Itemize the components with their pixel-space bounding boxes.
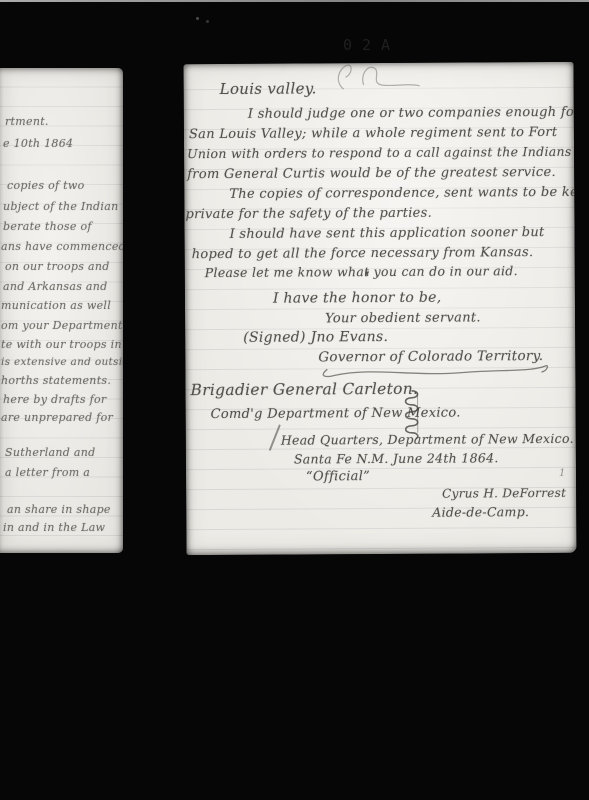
handwriting-line: Santa Fe N.M. June 24th 1864.	[294, 452, 499, 466]
signature-flourish	[313, 362, 553, 379]
handwriting-line: Your obedient servant.	[325, 311, 481, 325]
handwriting-line: Sutherland and	[5, 447, 95, 458]
handwriting-line: om your Department	[1, 320, 123, 331]
handwriting-line: Head Quarters, Department of New Mexico.	[281, 433, 574, 447]
handwriting-line: The copies of correspondence, sent wants…	[229, 186, 576, 201]
handwriting-line: private for the safety of the parties.	[185, 207, 432, 222]
handwriting-line: is extensive and outside	[1, 357, 123, 368]
handwriting-line: (Signed) Jno Evans.	[243, 330, 388, 345]
handwriting-line: te with our troops in	[1, 339, 122, 350]
handwriting-line: here by drafts for	[3, 394, 106, 405]
handwriting-line: copies of two	[7, 180, 85, 191]
pencil-squiggle-mark	[323, 62, 433, 96]
faint-page-number: 02A	[343, 36, 400, 54]
handwriting-line: Louis valley.	[220, 81, 317, 97]
handwriting-line: hoped to get all the force necessary fro…	[192, 246, 534, 261]
handwriting-line: in and in the Law	[3, 522, 105, 533]
small-arrow-mark: ▾	[365, 269, 370, 279]
handwriting-line: ubject of the Indian	[3, 201, 118, 212]
handwriting-line: ans have commenced	[1, 241, 123, 252]
handwriting-line: are unprepared for	[1, 412, 113, 423]
handwriting-line: berate those of	[3, 221, 92, 232]
handwriting-line: horths statements.	[1, 375, 111, 386]
handwriting-line: Cyrus H. DeForrest	[442, 487, 566, 500]
dust-speck	[196, 17, 199, 20]
handwriting-line: and Arkansas and	[3, 281, 108, 292]
handwriting-line: I should judge one or two companies enou…	[248, 106, 577, 121]
coiled-stamp-mark	[401, 389, 421, 441]
pen-slash-stroke	[269, 424, 281, 451]
dust-speck	[206, 20, 209, 23]
handwriting-line: rtment.	[5, 116, 49, 127]
margin-tick-mark: 1	[559, 468, 565, 479]
handwriting-line: Brigadier General Carleton.	[190, 382, 418, 399]
handwriting-line: I have the honor to be,	[273, 291, 442, 306]
left-page-fragment: rtment.e 10th 1864copies of twoubject of…	[0, 68, 123, 553]
handwriting-line: San Louis Valley; while a whole regiment…	[189, 126, 558, 141]
scanner-edge-strip	[0, 0, 589, 2]
handwriting-line: Aide-de-Camp.	[432, 506, 529, 519]
handwriting-line: Comd'g Department of New Mexico.	[211, 407, 461, 422]
scan-background: 02A rtment.e 10th 1864copies of twoubjec…	[0, 0, 589, 800]
handwriting-line: e 10th 1864	[3, 138, 73, 149]
handwriting-line: on our troops and	[5, 261, 110, 272]
handwriting-line: from General Curtis would be of the grea…	[187, 166, 556, 181]
handwriting-line: “Official”	[306, 470, 370, 483]
handwriting-line: Union with orders to respond to a call a…	[187, 146, 572, 161]
handwriting-line: Please let me know what you can do in ou…	[205, 265, 518, 279]
handwriting-line: a letter from a	[5, 467, 90, 478]
handwriting-line: an share in shape	[7, 504, 111, 515]
handwriting-line: I should have sent this application soon…	[230, 226, 545, 241]
handwriting-line: munication as well	[1, 300, 111, 311]
main-page: Louis valley.I should judge one or two c…	[184, 62, 577, 555]
